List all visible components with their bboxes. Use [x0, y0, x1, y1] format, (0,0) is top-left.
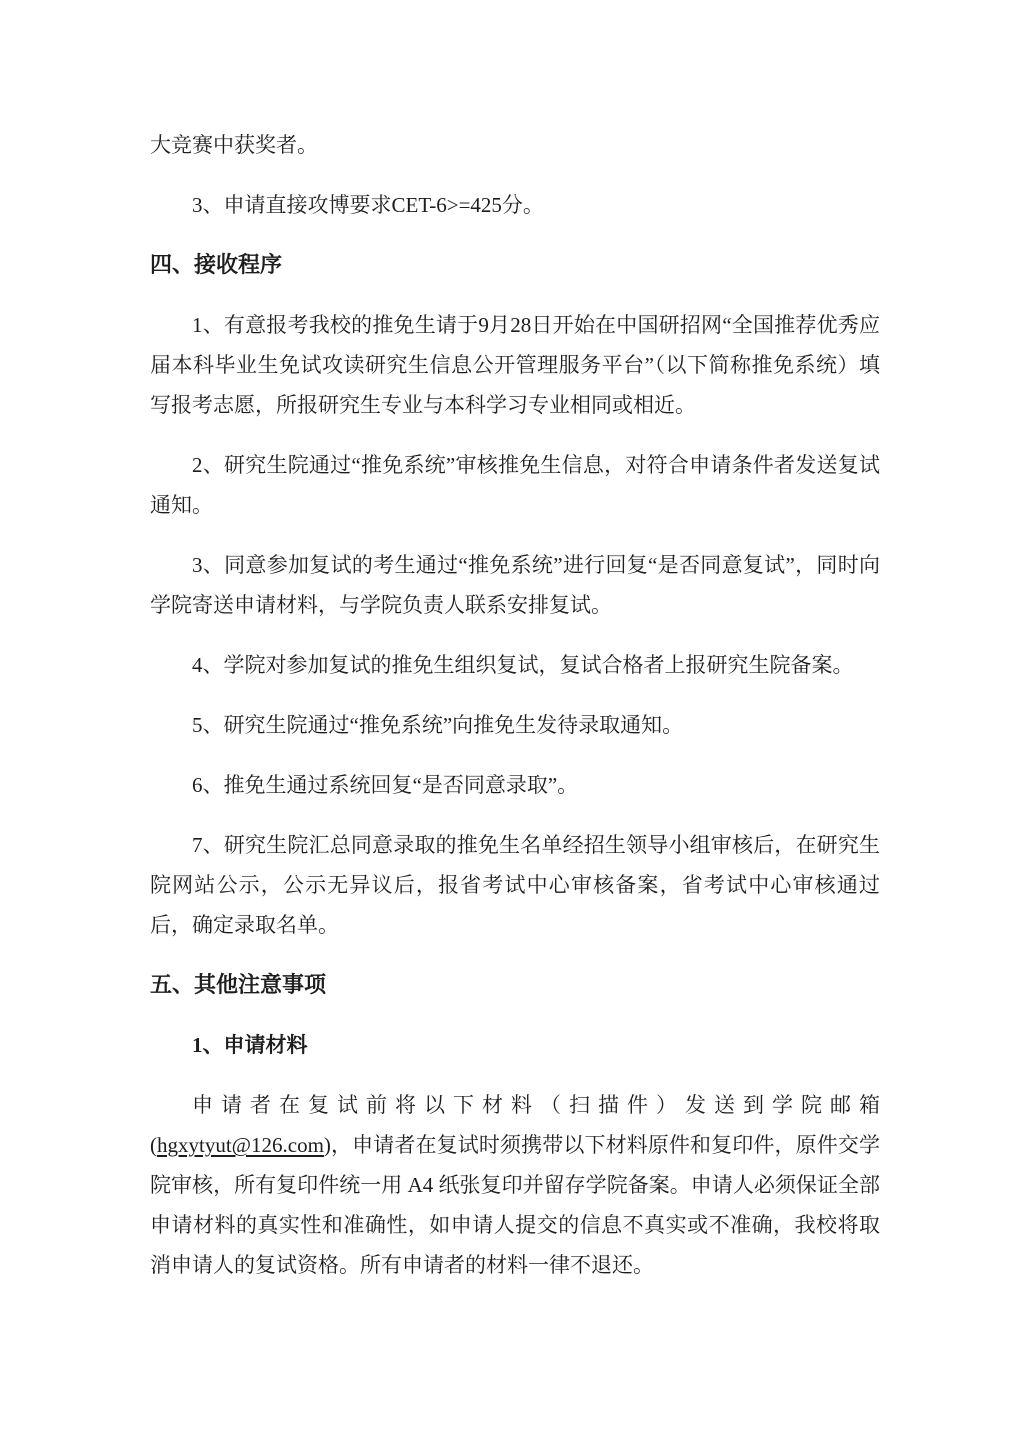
section-heading-other-notes: 五、其他注意事项 — [150, 965, 880, 1005]
paragraph-cet-requirement: 3、申请直接攻博要求CET-6>=425分。 — [150, 185, 880, 225]
procedure-item-5: 5、研究生院通过“推免系统”向推免生发待录取通知。 — [150, 705, 880, 745]
procedure-item-1: 1、有意报考我校的推免生请于9月28日开始在中国研招网“全国推荐优秀应届本科毕业… — [150, 305, 880, 425]
paragraph-application-materials: 申请者在复试前将以下材料（扫描件）发送到学院邮箱(hgxytyut@126.co… — [150, 1085, 880, 1285]
paragraph-continuation: 大竞赛中获奖者。 — [150, 125, 880, 165]
procedure-item-2: 2、研究生院通过“推免系统”审核推免生信息，对符合申请条件者发送复试通知。 — [150, 445, 880, 525]
procedure-item-3: 3、同意参加复试的考生通过“推免系统”进行回复“是否同意复试”，同时向学院寄送申… — [150, 545, 880, 625]
section-heading-acceptance-procedure: 四、接收程序 — [150, 245, 880, 285]
document-page: 大竞赛中获奖者。 3、申请直接攻博要求CET-6>=425分。 四、接收程序 1… — [0, 0, 1024, 1448]
procedure-item-7: 7、研究生院汇总同意录取的推免生名单经招生领导小组审核后，在研究生院网站公示，公… — [150, 825, 880, 945]
email-link[interactable]: hgxytyut@126.com — [157, 1133, 324, 1157]
document-body: 大竞赛中获奖者。 3、申请直接攻博要求CET-6>=425分。 四、接收程序 1… — [150, 125, 880, 1305]
procedure-item-6: 6、推免生通过系统回复“是否同意录取”。 — [150, 765, 880, 805]
procedure-item-4: 4、学院对参加复试的推免生组织复试，复试合格者上报研究生院备案。 — [150, 645, 880, 685]
subsection-heading-application-materials: 1、申请材料 — [150, 1025, 880, 1065]
